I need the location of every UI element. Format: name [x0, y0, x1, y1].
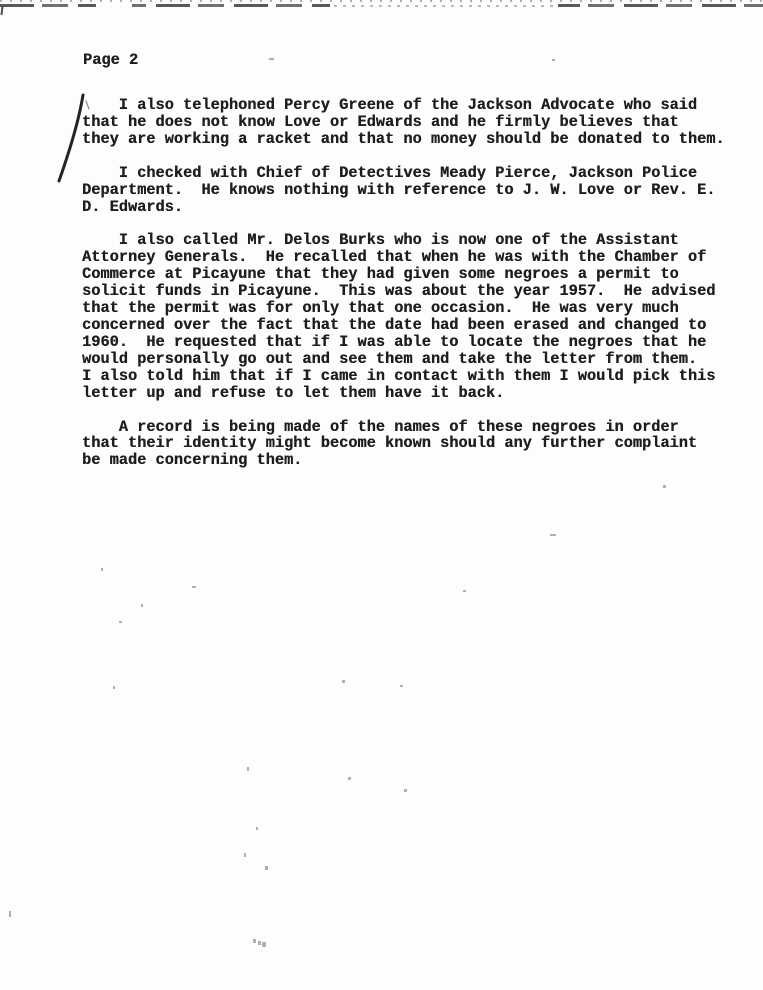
- paper-speck: [269, 58, 274, 60]
- paper-speck: [348, 777, 351, 780]
- paper-speck: [244, 853, 246, 857]
- paper-speck: [463, 590, 466, 592]
- paragraph-percy-greene: I also telephoned Percy Greene of the Ja…: [82, 97, 725, 148]
- paper-speck: [663, 485, 666, 488]
- paragraph-delos-burks: I also called Mr. Delos Burks who is now…: [82, 232, 725, 401]
- paper-speck: [550, 534, 556, 536]
- paper-speck: [342, 680, 345, 683]
- torn-edge-dots: [0, 0, 763, 2]
- paper-speck: [258, 941, 261, 945]
- paragraph-meady-pierce: I checked with Chief of Detectives Meady…: [82, 165, 725, 216]
- paper-speck: [262, 942, 266, 947]
- paper-speck: [265, 866, 268, 870]
- paper-speck: [247, 767, 249, 771]
- paper-speck: [253, 939, 256, 943]
- paper-speck: [101, 568, 103, 571]
- torn-edge-tick: [0, 6, 3, 15]
- paper-speck: [192, 586, 196, 588]
- paper-speck: [400, 685, 403, 687]
- scanned-document-page: Page 2 I also telephoned Percy Greene of…: [0, 0, 763, 990]
- document-body: I also telephoned Percy Greene of the Ja…: [82, 97, 725, 486]
- paper-speck: [141, 604, 143, 607]
- paper-speck: [404, 789, 407, 792]
- paragraph-record: A record is being made of the names of t…: [82, 419, 725, 470]
- paper-speck: [552, 59, 555, 61]
- paper-speck: [256, 827, 258, 830]
- torn-edge-gap: [96, 3, 132, 9]
- torn-edge-faint-dots: [334, 5, 554, 7]
- paper-speck: [113, 686, 115, 689]
- page-number-label: Page 2: [83, 51, 138, 69]
- paper-speck: [9, 911, 11, 917]
- paper-speck: [119, 621, 122, 623]
